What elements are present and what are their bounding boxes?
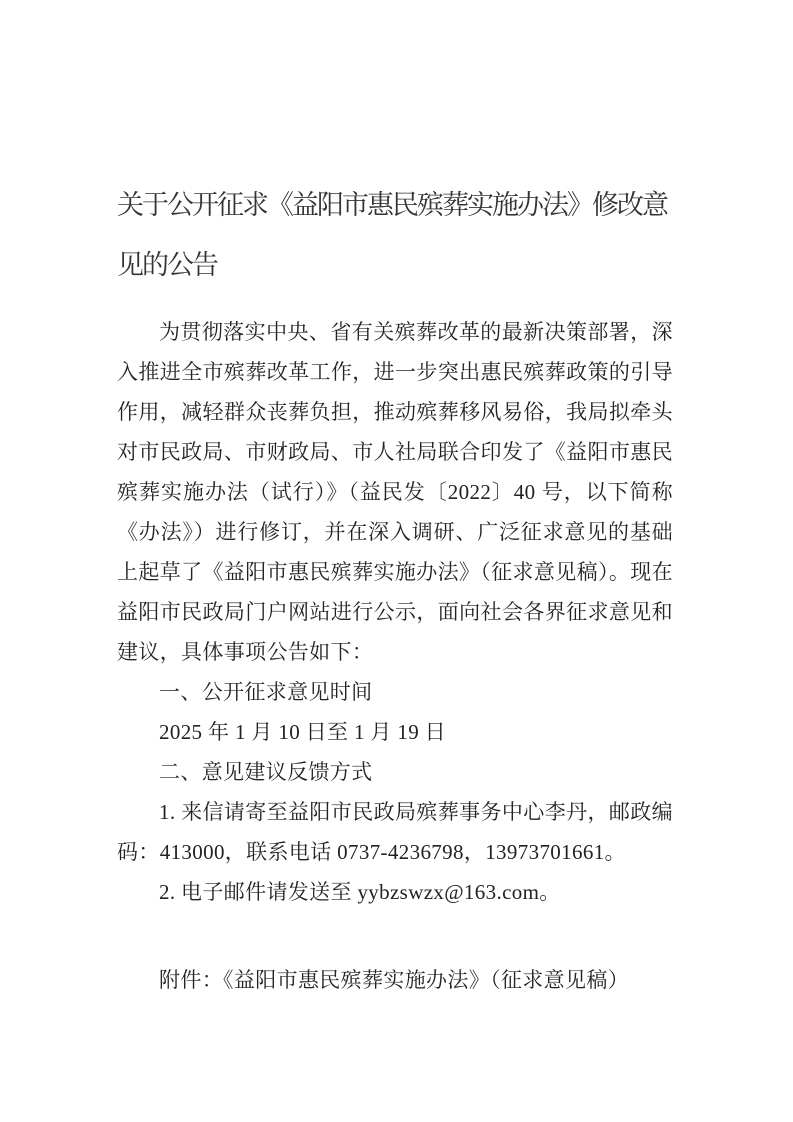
- paragraph: 为贯彻落实中央、省有关殡葬改革的最新决策部署，深入推进全市殡葬改革工作，进一步突…: [117, 312, 673, 672]
- paragraph: 2025 年 1 月 10 日至 1 月 19 日: [117, 712, 673, 752]
- document-title: 关于公开征求《益阳市惠民殡葬实施办法》修改意 见的公告: [0, 0, 793, 295]
- paragraph: 附件：《益阳市惠民殡葬实施办法》（征求意见稿）: [117, 960, 673, 1000]
- paragraph: 2. 电子邮件请发送至 yybzswzx@163.com。: [117, 872, 673, 912]
- paragraph: 1. 来信请寄至益阳市民政局殡葬事务中心李丹，邮政编码：413000，联系电话 …: [117, 792, 673, 872]
- document-title-line-1: 关于公开征求《益阳市惠民殡葬实施办法》修改意: [117, 175, 675, 235]
- paragraph: 二、意见建议反馈方式: [117, 752, 673, 792]
- document-page: 关于公开征求《益阳市惠民殡葬实施办法》修改意 见的公告 为贯彻落实中央、省有关殡…: [0, 0, 793, 1122]
- document-body: 为贯彻落实中央、省有关殡葬改革的最新决策部署，深入推进全市殡葬改革工作，进一步突…: [0, 312, 793, 1000]
- paragraph: 一、公开征求意见时间: [117, 672, 673, 712]
- document-title-line-2: 见的公告: [117, 235, 675, 295]
